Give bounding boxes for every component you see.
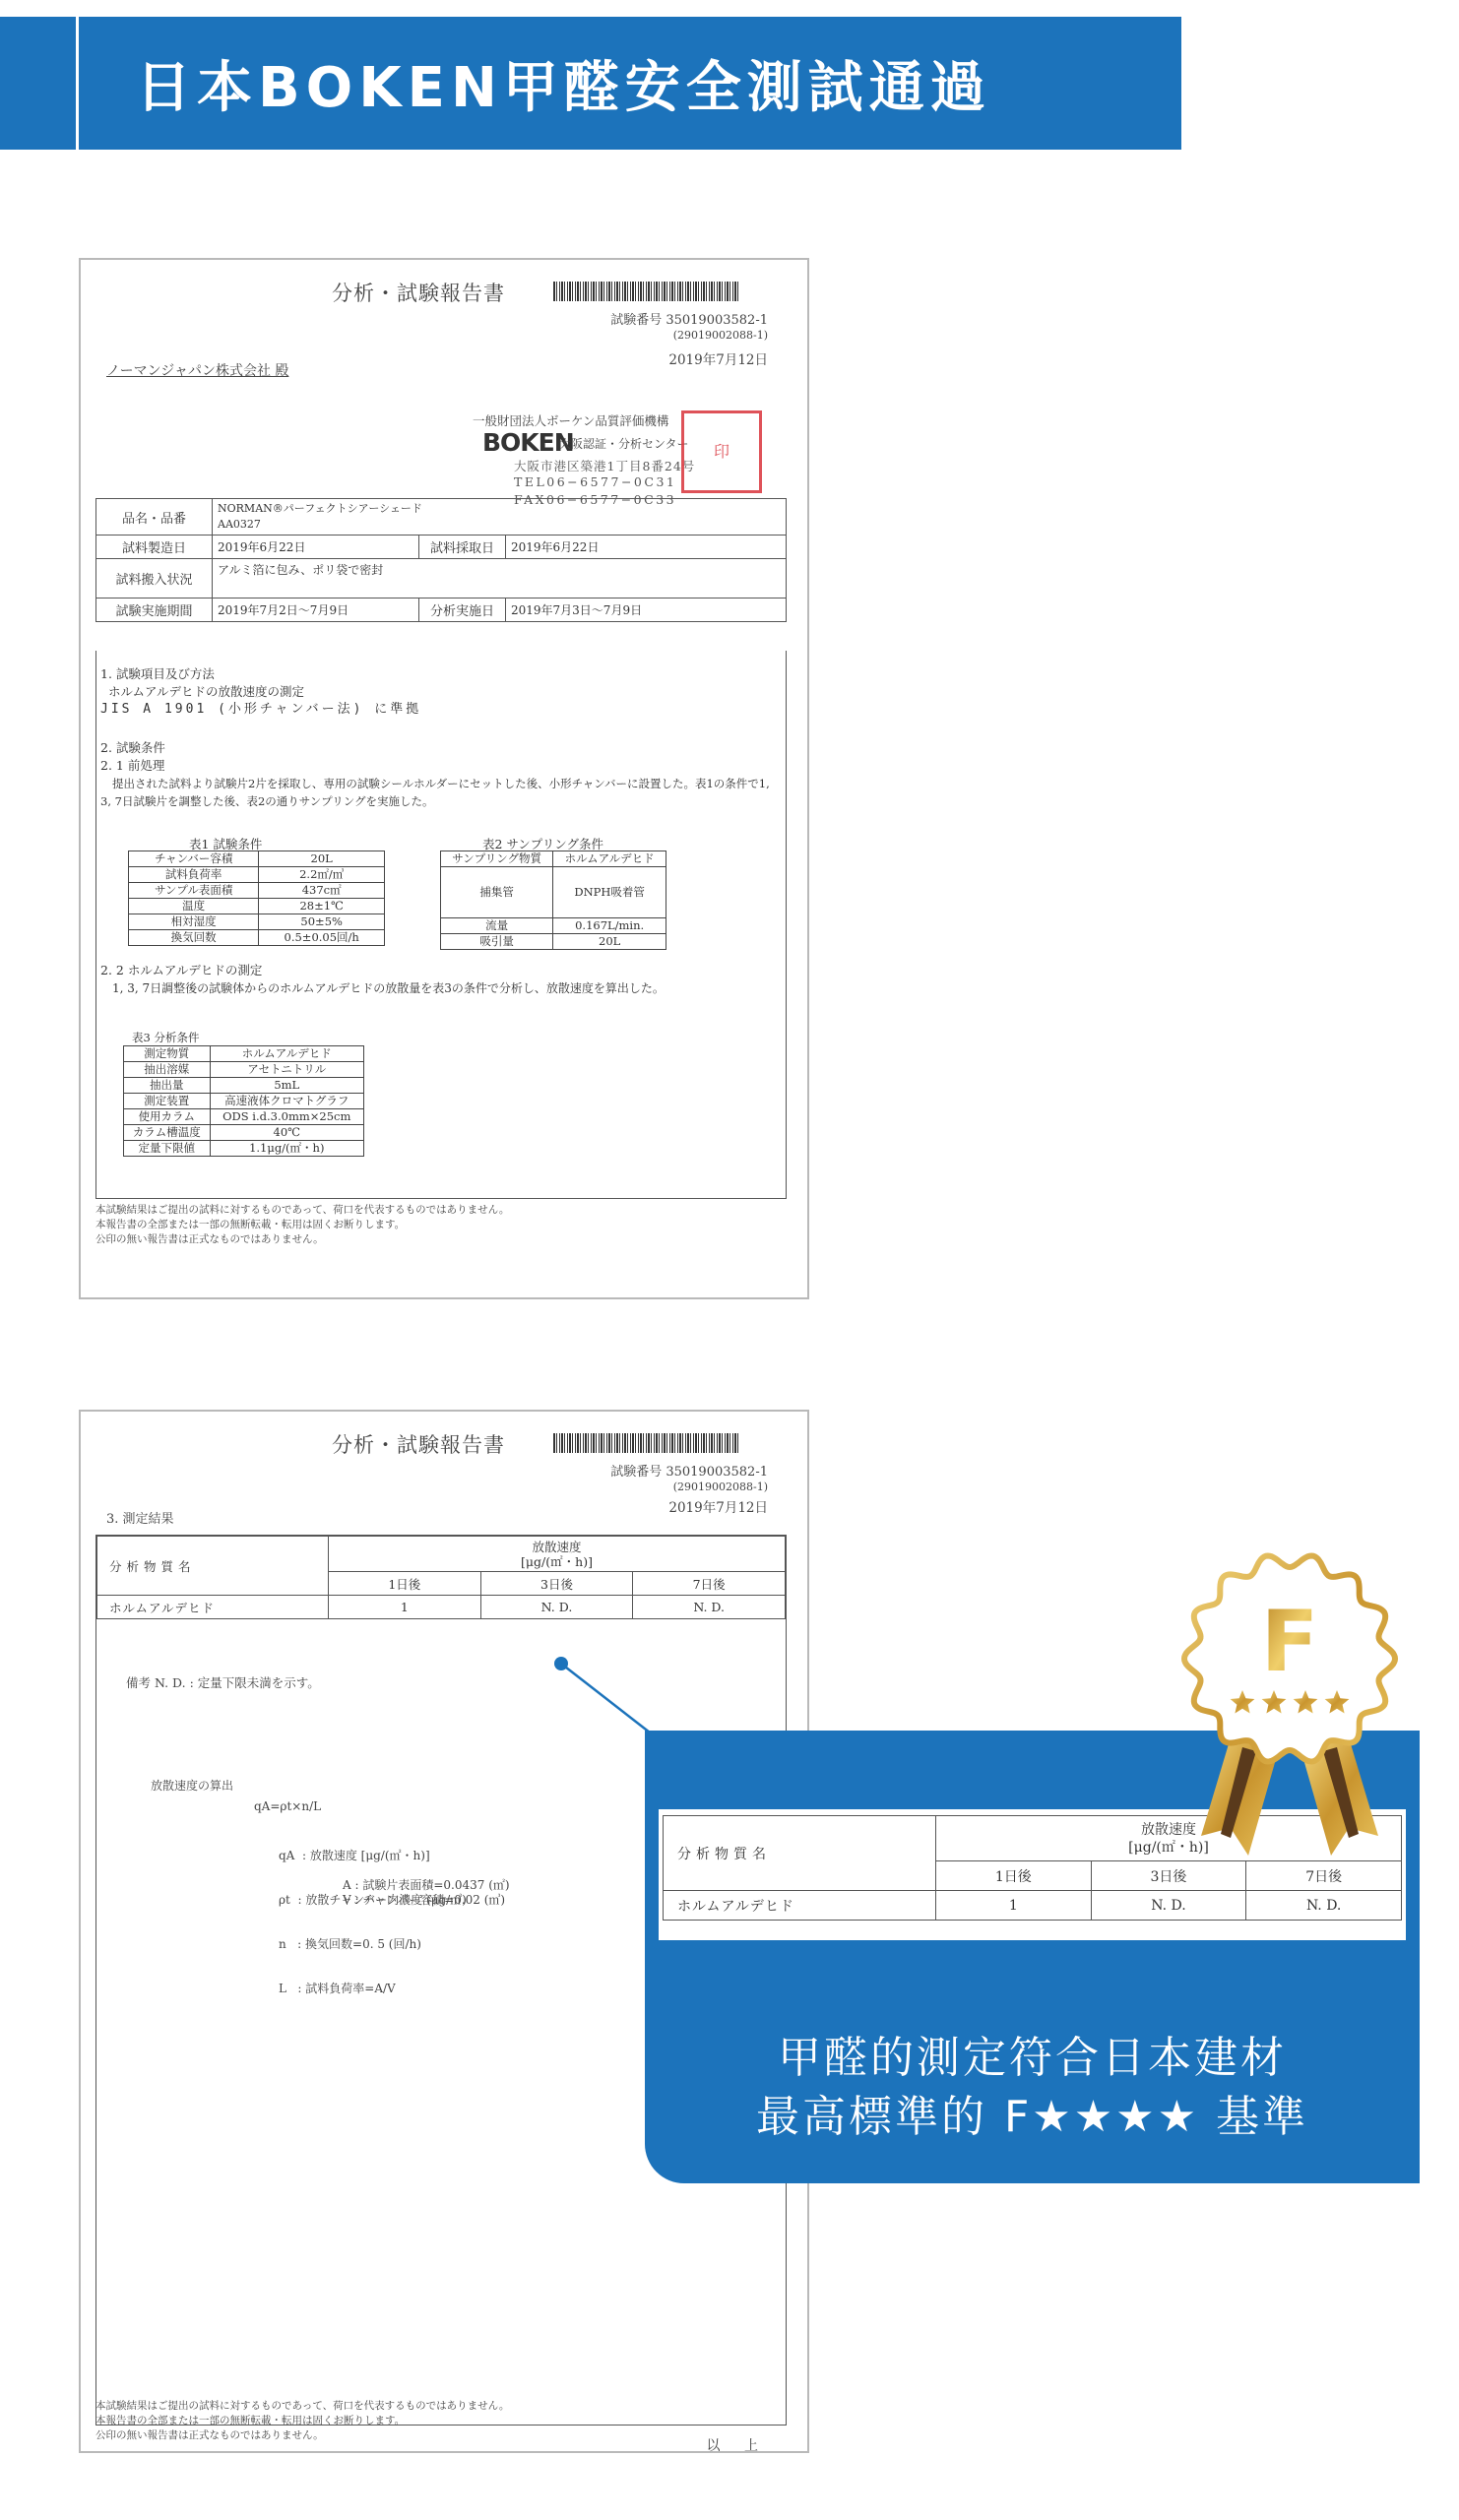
section-1-heading: 1. 試験項目及び方法 — [100, 665, 780, 683]
doc-title: 分析・試験報告書 — [332, 1429, 505, 1459]
issuer-branch: 大阪認証・分析センター — [559, 435, 689, 452]
row-value: 40℃ — [210, 1125, 363, 1141]
row-label: 相対湿度 — [129, 914, 259, 930]
report-page-1: 分析・試験報告書 試験番号 35019003582-1 (29019002088… — [79, 258, 809, 1299]
row-label: 抽出溶媒 — [124, 1062, 211, 1078]
section-2-2: 2. 2 ホルムアルデヒドの測定 1, 3, 7日調整後の試験体からのホルムアル… — [100, 962, 780, 997]
callout-line-2: 最高標準的 F★★★★ 基準 — [645, 2088, 1420, 2147]
sampling-date-label: 試料採取日 — [419, 535, 506, 559]
row-value: 28±1℃ — [259, 899, 385, 914]
row-value: 20L — [553, 934, 666, 950]
section-2-2-heading: 2. 2 ホルムアルデヒドの測定 — [100, 962, 780, 979]
table-row: サンプリング物質ホルムアルデヒド — [441, 851, 666, 867]
calc-definitions: qA : 放散速度 [μg/(㎡・h)] ρt : 放散チャンバー内濃度 (μg… — [279, 1819, 467, 2026]
row-value: アセトニトリル — [210, 1062, 363, 1078]
day-3-header: 3日後 — [1091, 1861, 1246, 1891]
day-1-value: 1 — [329, 1596, 481, 1619]
calc-def-4: L : 試料負荷率=A/V — [279, 1982, 467, 1996]
row-label: 捕集管 — [441, 867, 553, 918]
day-3-header: 3日後 — [480, 1572, 633, 1596]
day-3-value: N. D. — [1091, 1891, 1246, 1921]
period-value: 2019年7月2日〜7月9日 — [213, 598, 419, 622]
section-1-line1: ホルムアルデヒドの放散速度の測定 — [100, 683, 780, 701]
doc-title: 分析・試験報告書 — [332, 278, 505, 307]
row-label: 測定装置 — [124, 1094, 211, 1109]
seal-stamp-icon: 印 — [681, 410, 762, 493]
row-label: サンプル表面積 — [129, 883, 259, 899]
remark: 備考 N. D. : 定量下限未満を示す。 — [126, 1673, 320, 1691]
row-value: 50±5% — [259, 914, 385, 930]
row-value: ODS i.d.3.0mm×25cm — [210, 1109, 363, 1125]
table-row: 相対湿度50±5% — [129, 914, 385, 930]
product-name: NORMAN®パーフェクトシアーシェード — [218, 501, 781, 517]
table-row: 測定物質ホルムアルデヒド — [124, 1046, 364, 1062]
row-value: DNPH吸着管 — [553, 867, 666, 918]
table-row: 換気回数0.5±0.05回/h — [129, 930, 385, 946]
table-row: サンプル表面積437c㎡ — [129, 883, 385, 899]
delivery-label: 試料搬入状況 — [96, 559, 213, 598]
day-1-value: 1 — [936, 1891, 1092, 1921]
row-label: カラム槽温度 — [124, 1125, 211, 1141]
row-label: 吸引量 — [441, 934, 553, 950]
product-code: AA0327 — [218, 517, 781, 533]
row-label: 抽出量 — [124, 1078, 211, 1094]
day-7-header: 7日後 — [633, 1572, 786, 1596]
footnote-3: 公印の無い報告書は正式なものではありません。 — [95, 2428, 509, 2443]
ribbon-icon — [1201, 1737, 1378, 1856]
table-row: 抽出量5mL — [124, 1078, 364, 1094]
rate-unit: [μg/(㎡・h)] — [329, 1554, 785, 1569]
delivery-value: アルミ箔に包み、ポリ袋で密封 — [213, 559, 787, 598]
day-1-header: 1日後 — [329, 1572, 481, 1596]
section-2-1-text: 提出された試料より試験片2片を採取し、専用の試験シールホルダーにセットした後、小… — [100, 775, 780, 810]
rate-header: 放散速度 — [329, 1540, 785, 1554]
table-row: 測定装置高速液体クロマトグラフ — [124, 1094, 364, 1109]
sub-number: (29019002088-1) — [673, 329, 768, 342]
day-7-header: 7日後 — [1246, 1861, 1402, 1891]
callout-line-1: 甲醛的測定符合日本建材 — [645, 2029, 1420, 2088]
table-row: 試料負荷率2.2㎡/㎥ — [129, 867, 385, 883]
substance-name: ホルムアルデヒド — [97, 1596, 329, 1619]
analysis-conditions-table: 測定物質ホルムアルデヒド抽出溶媒アセトニトリル抽出量5mL測定装置高速液体クロマ… — [123, 1045, 364, 1157]
table-row: 使用カラムODS i.d.3.0mm×25cm — [124, 1109, 364, 1125]
row-value: 高速液体クロマトグラフ — [210, 1094, 363, 1109]
issuer-tel: TEL06−6577−0C31 — [514, 474, 676, 489]
issuer-address: 大阪市港区築港1丁目8番24号 — [514, 457, 695, 474]
calc-subdefinitions: A : 試験片表面積=0.0437 (㎡) V : チャンバー容積=0.02 (… — [343, 1878, 510, 1908]
banner-divider — [76, 17, 79, 150]
day-3-value: N. D. — [480, 1596, 633, 1619]
row-value: 0.167L/min. — [553, 918, 666, 934]
calc-def-1: qA : 放散速度 [μg/(㎡・h)] — [279, 1849, 467, 1863]
section-2-heading: 2. 試験条件 — [100, 739, 780, 757]
mfg-date-value: 2019年6月22日 — [213, 535, 419, 559]
barcode-icon — [553, 1433, 740, 1453]
section-2-2-text: 1, 3, 7日調整後の試験体からのホルムアルデヒドの放散量を表3の条件で分析し… — [100, 979, 780, 997]
section-2-1-heading: 2. 1 前処理 — [100, 757, 780, 775]
test-number: 試験番号 35019003582-1 — [610, 309, 768, 328]
substance-header: 分析物質名 — [97, 1537, 329, 1596]
footnote-3: 公印の無い報告書は正式なものではありません。 — [95, 1232, 509, 1247]
addressee: ノーマンジャパン株式会社 殿 — [106, 360, 288, 380]
row-label: サンプリング物質 — [441, 851, 553, 867]
section-3-heading: 3. 測定結果 — [106, 1508, 174, 1527]
table3-caption: 表3 分析条件 — [132, 1030, 199, 1045]
footnote-2: 本報告書の全部または一部の無断転載・転用は固くお断りします。 — [95, 1218, 509, 1232]
sampling-conditions-table: サンプリング物質ホルムアルデヒド捕集管DNPH吸着管流量0.167L/min.吸… — [440, 850, 666, 950]
mfg-date-label: 試料製造日 — [96, 535, 213, 559]
substance-name: ホルムアルデヒド — [664, 1891, 936, 1921]
table-row: 捕集管DNPH吸着管 — [441, 867, 666, 918]
award-rosette-icon: F — [1162, 1550, 1418, 1856]
row-label: 定量下限値 — [124, 1141, 211, 1157]
calc-formula: qA=ρt×n/L — [254, 1799, 321, 1813]
row-label: チャンバー容積 — [129, 851, 259, 867]
header-banner: 日本BOKEN甲醛安全測試通過 — [0, 17, 1181, 150]
day-7-value: N. D. — [1246, 1891, 1402, 1921]
sample-info-table: 品名・品番 NORMAN®パーフェクトシアーシェード AA0327 試料製造日 … — [95, 498, 787, 622]
section-2: 2. 試験条件 2. 1 前処理 提出された試料より試験片2片を採取し、専用の試… — [100, 739, 780, 810]
barcode-icon — [553, 282, 740, 301]
calc-subdef-1: A : 試験片表面積=0.0437 (㎡) — [343, 1878, 510, 1893]
row-value: 5mL — [210, 1078, 363, 1094]
row-label: 流量 — [441, 918, 553, 934]
test-conditions-table: チャンバー容積20L試料負荷率2.2㎡/㎥サンプル表面積437c㎡温度28±1℃… — [128, 850, 385, 946]
day-1-header: 1日後 — [936, 1861, 1092, 1891]
table-row: 温度28±1℃ — [129, 899, 385, 914]
substance-header: 分析物質名 — [664, 1816, 936, 1891]
table-row: カラム槽温度40℃ — [124, 1125, 364, 1141]
section-1: 1. 試験項目及び方法 ホルムアルデヒドの放散速度の測定 JIS A 1901 … — [100, 665, 780, 719]
footnotes: 本試験結果はご提出の試料に対するものであって、荷口を代表するものではありません。… — [95, 1203, 509, 1247]
table-row: 定量下限値1.1μg/(㎡・h) — [124, 1141, 364, 1157]
row-label: 換気回数 — [129, 930, 259, 946]
row-value: 437c㎡ — [259, 883, 385, 899]
sampling-date-value: 2019年6月22日 — [506, 535, 787, 559]
calc-title: 放散速度の算出 — [151, 1777, 233, 1794]
test-number: 試験番号 35019003582-1 — [610, 1461, 768, 1480]
issuer-org: 一般財団法人ボーケン品質評価機構 — [473, 411, 668, 429]
period-label: 試験実施期間 — [96, 598, 213, 622]
footnotes: 本試験結果はご提出の試料に対するものであって、荷口を代表するものではありません。… — [95, 2399, 509, 2443]
table-row: 抽出溶媒アセトニトリル — [124, 1062, 364, 1078]
analysis-value: 2019年7月3日〜7月9日 — [506, 598, 787, 622]
analysis-label: 分析実施日 — [419, 598, 506, 622]
report-date: 2019年7月12日 — [668, 348, 768, 368]
row-label: 測定物質 — [124, 1046, 211, 1062]
calc-subdef-2: V : チャンバー容積=0.02 (㎥) — [343, 1893, 510, 1908]
row-label: 試料負荷率 — [129, 867, 259, 883]
footnote-1: 本試験結果はご提出の試料に対するものであって、荷口を代表するものではありません。 — [95, 2399, 509, 2414]
table-row: 流量0.167L/min. — [441, 918, 666, 934]
report-date: 2019年7月12日 — [668, 1496, 768, 1516]
row-label: 使用カラム — [124, 1109, 211, 1125]
page-title: 日本BOKEN甲醛安全測試通過 — [136, 17, 991, 150]
section-1-standard: JIS A 1901 (小形チャンバー法) に準拠 — [100, 701, 780, 719]
row-value: ホルムアルデヒド — [210, 1046, 363, 1062]
product-label: 品名・品番 — [96, 499, 213, 535]
result-table: 分析物質名 放散速度 [μg/(㎡・h)] 1日後 3日後 7日後 ホルムアルデ… — [96, 1536, 786, 1619]
end-mark: 以 上 — [707, 2435, 768, 2455]
row-value: 2.2㎡/㎥ — [259, 867, 385, 883]
row-value: ホルムアルデヒド — [553, 851, 666, 867]
row-label: 温度 — [129, 899, 259, 914]
calc-def-3: n : 換気回数=0. 5 (回/h) — [279, 1937, 467, 1952]
svg-text:F: F — [1261, 1593, 1319, 1691]
table-row: 吸引量20L — [441, 934, 666, 950]
footnote-2: 本報告書の全部または一部の無断転載・転用は固くお断りします。 — [95, 2414, 509, 2428]
day-7-value: N. D. — [633, 1596, 786, 1619]
row-value: 1.1μg/(㎡・h) — [210, 1141, 363, 1157]
sub-number: (29019002088-1) — [673, 1480, 768, 1493]
row-value: 0.5±0.05回/h — [259, 930, 385, 946]
table-row: チャンバー容積20L — [129, 851, 385, 867]
footnote-1: 本試験結果はご提出の試料に対するものであって、荷口を代表するものではありません。 — [95, 1203, 509, 1218]
row-value: 20L — [259, 851, 385, 867]
